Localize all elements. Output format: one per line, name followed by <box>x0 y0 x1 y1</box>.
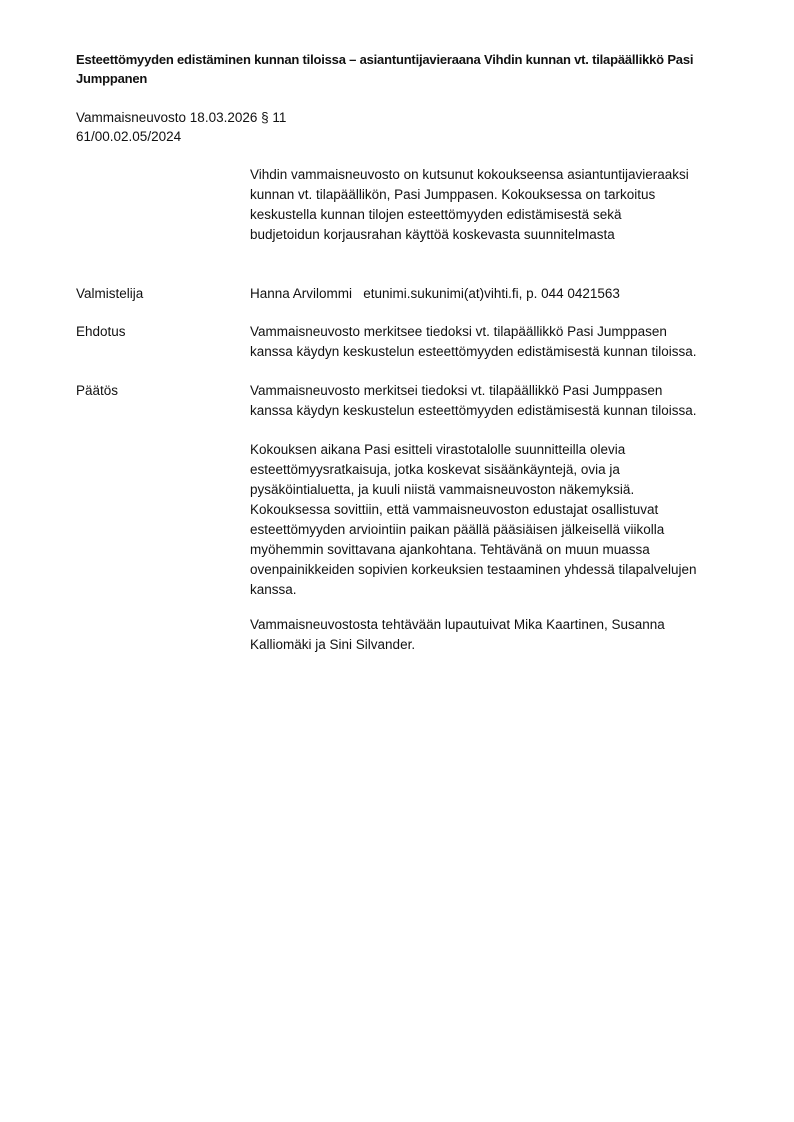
document-page: Esteettömyyden edistäminen kunnan tilois… <box>0 0 794 1122</box>
decision-paragraph: Vammaisneuvosto merkitsei tiedoksi vt. t… <box>250 381 750 421</box>
decision-value: Vammaisneuvosto merkitsei tiedoksi vt. t… <box>250 381 750 421</box>
document-title: Esteettömyyden edistäminen kunnan tilois… <box>76 50 746 88</box>
decision-volunteers: Vammaisneuvostosta tehtävään lupautuivat… <box>250 615 750 655</box>
decision-paragraph: Kokouksen aikana Pasi esitteli virastota… <box>250 440 750 600</box>
proposal-value: Vammaisneuvosto merkitsee tiedoksi vt. t… <box>250 322 750 362</box>
preparer-text: Hanna Arvilommi etunimi.sukunimi(at)viht… <box>250 284 750 304</box>
preparer-value: Hanna Arvilommi etunimi.sukunimi(at)viht… <box>250 284 750 304</box>
record-number: 61/00.02.05/2024 <box>76 127 181 146</box>
intro-paragraph: Vihdin vammaisneuvosto on kutsunut kokou… <box>250 165 750 245</box>
decision-details: Kokouksen aikana Pasi esitteli virastota… <box>250 440 750 600</box>
decision-paragraph: Vammaisneuvostosta tehtävään lupautuivat… <box>250 615 750 655</box>
meeting-line: Vammaisneuvosto 18.03.2026 § 11 <box>76 108 286 127</box>
proposal-label: Ehdotus <box>76 322 126 342</box>
intro-text: Vihdin vammaisneuvosto on kutsunut kokou… <box>250 165 750 245</box>
proposal-text: Vammaisneuvosto merkitsee tiedoksi vt. t… <box>250 322 750 362</box>
decision-label: Päätös <box>76 381 118 401</box>
preparer-label: Valmistelija <box>76 284 143 304</box>
